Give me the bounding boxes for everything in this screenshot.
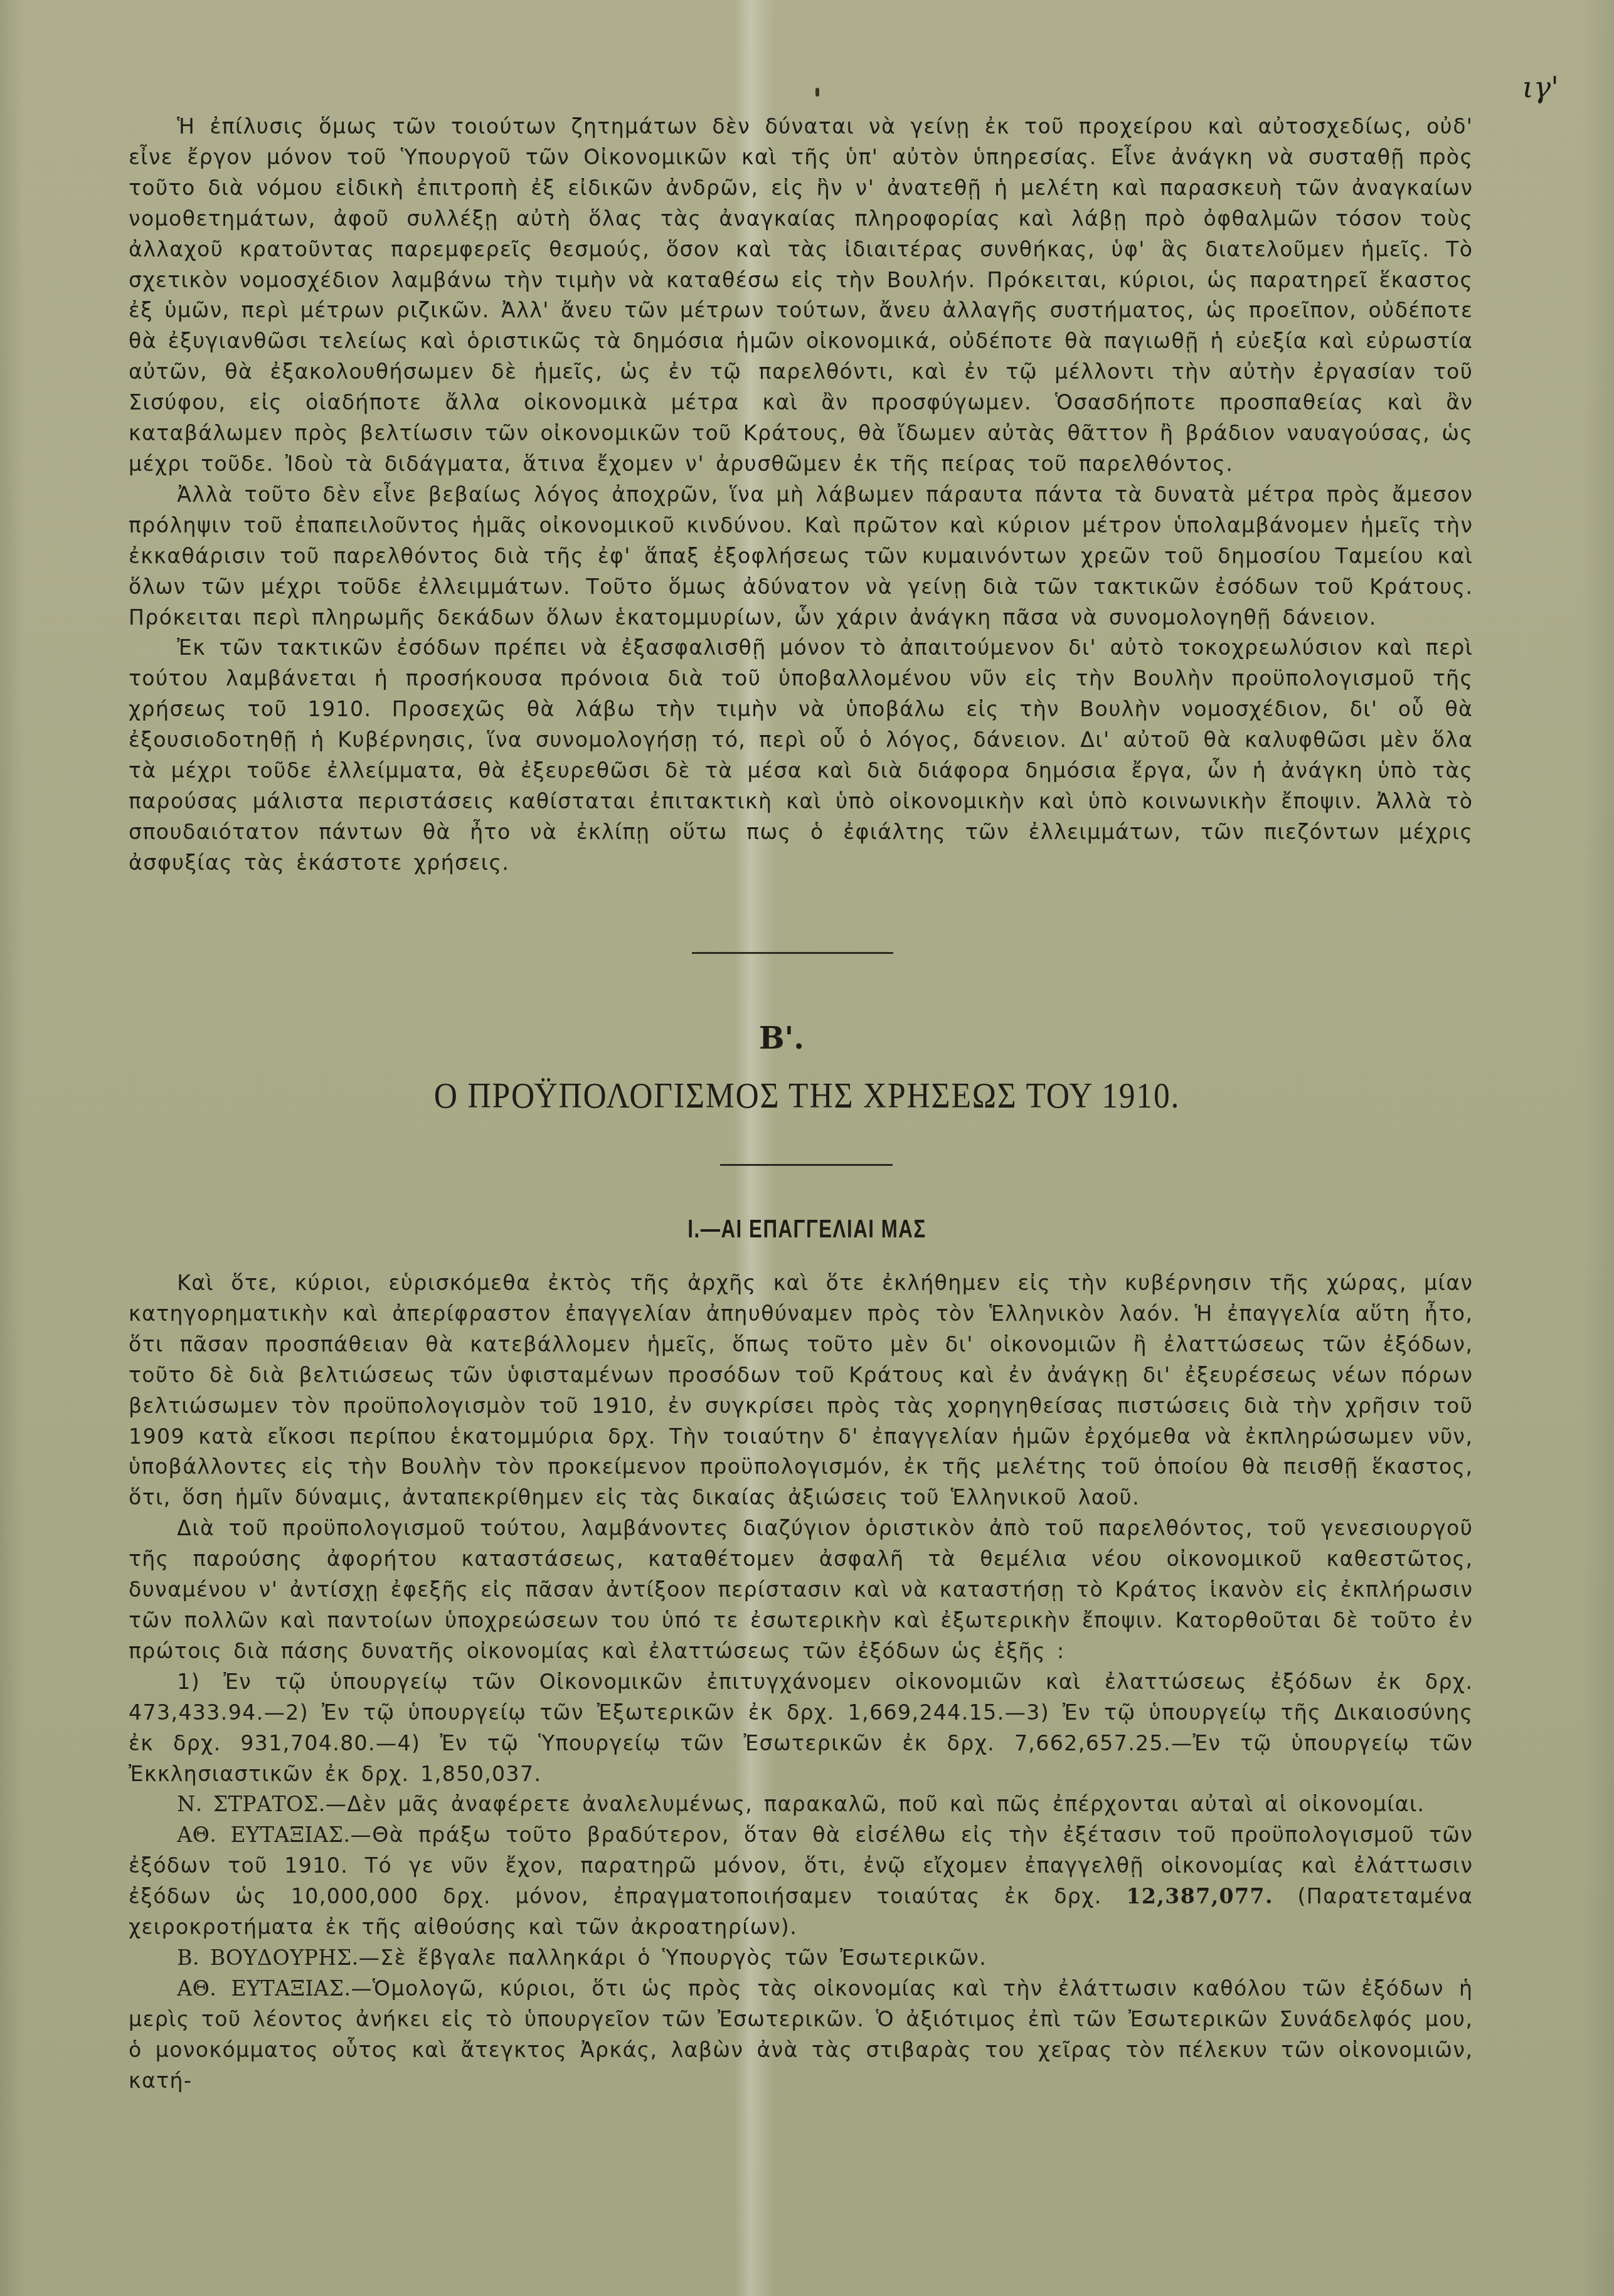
speaker-name: Β. ΒΟΥΔΟΥΡΗΣ. — [177, 1945, 359, 1970]
ink-spot — [815, 88, 819, 97]
speaker-name: Ν. ΣΤΡΑΤΟΣ. — [177, 1792, 326, 1816]
subsection-title: I.—ΑΙ ΕΠΑΓΓΕΛΙΑΙ ΜΑΣ — [178, 1215, 1436, 1244]
paragraph: Καὶ ὅτε, κύριοι, εὑρισκόμεθα ἐκτὸς τῆς ἀ… — [129, 1268, 1473, 1513]
speech-text: —Σὲ ἔβγαλε παλληκάρι ὁ Ὑπουργὸς τῶν Ἐσωτ… — [359, 1945, 987, 1970]
body-text-part1: Ἡ ἐπίλυσις ὅμως τῶν τοιούτων ζητημάτων δ… — [129, 112, 1473, 879]
paragraph: 1) Ἐν τῷ ὑπουργείῳ τῶν Οἰκονομικῶν ἐπιτυ… — [129, 1667, 1473, 1790]
dialogue-line: Ν. ΣΤΡΑΤΟΣ.—Δὲν μᾶς ἀναφέρετε ἀναλελυμέν… — [129, 1789, 1473, 1820]
speaker-name: ΑΘ. ΕΥΤΑΞΙΑΣ. — [177, 1823, 350, 1847]
document-page: ιγ' Ἡ ἐπίλυσις ὅμως τῶν τοιούτων ζητημάτ… — [0, 0, 1614, 2296]
dialogue-line: Β. ΒΟΥΔΟΥΡΗΣ.—Σὲ ἔβγαλε παλληκάρι ὁ Ὑπου… — [129, 1943, 1473, 1974]
speech-text: —Δὲν μᾶς ἀναφέρετε ἀναλελυμένως, παρακαλ… — [326, 1792, 1425, 1816]
paragraph: Ἐκ τῶν τακτικῶν ἐσόδων πρέπει νὰ ἐξασφαλ… — [129, 633, 1473, 878]
dialogue-line: ΑΘ. ΕΥΤΑΞΙΑΣ.—Θὰ πράξω τοῦτο βραδύτερον,… — [129, 1820, 1473, 1943]
section-title: Ο ΠΡΟΫΠΟΛΟΓΙΣΜΟΣ ΤΗΣ ΧΡΗΣΕΩΣ ΤΟΥ 1910. — [65, 1076, 1549, 1116]
body-text-part2: Καὶ ὅτε, κύριοι, εὑρισκόμεθα ἐκτὸς τῆς ἀ… — [129, 1268, 1473, 2096]
paragraph: Διὰ τοῦ προϋπολογισμοῦ τούτου, λαμβάνοντ… — [129, 1513, 1473, 1667]
savings-amount: 12,387,077. — [1126, 1884, 1273, 1908]
title-divider — [720, 1164, 893, 1166]
section-divider — [692, 952, 893, 954]
paragraph: Ἀλλὰ τοῦτο δὲν εἶνε βεβαίως λόγος ἀποχρῶ… — [129, 480, 1473, 633]
speaker-name: ΑΘ. ΕΥΤΑΞΙΑΣ. — [177, 1976, 351, 2001]
paragraph: Ἡ ἐπίλυσις ὅμως τῶν τοιούτων ζητημάτων δ… — [129, 112, 1473, 480]
section-letter: Β'. — [759, 1021, 804, 1056]
page-number: ιγ' — [1522, 70, 1559, 104]
dialogue-line: ΑΘ. ΕΥΤΑΞΙΑΣ.—Ὁμολογῶ, κύριοι, ὅτι ὡς πρ… — [129, 1974, 1473, 2097]
